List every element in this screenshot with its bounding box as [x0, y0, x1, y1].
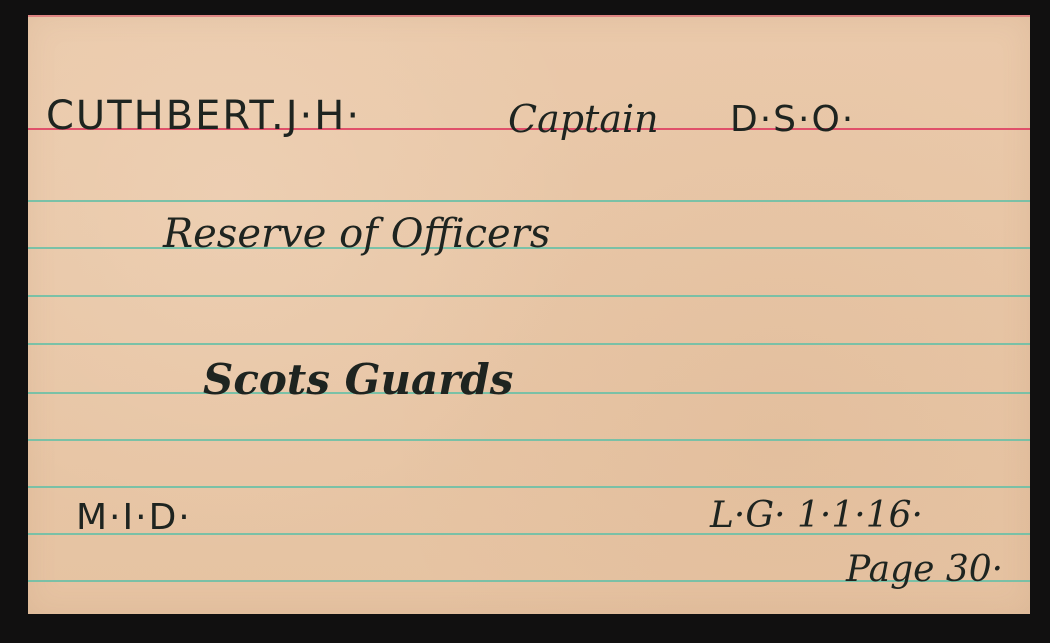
- ruled-line: [28, 343, 1030, 345]
- index-card: CUTHBERT.J·H· Captain D·S·O· Reserve of …: [28, 15, 1030, 614]
- rank: Captain: [508, 97, 659, 141]
- ruled-line: [28, 392, 1030, 394]
- unit-line-2: Scots Guards: [203, 355, 513, 404]
- card-top-edge: [28, 15, 1030, 17]
- unit-line-1: Reserve of Officers: [163, 211, 550, 257]
- header-name: CUTHBERT.J·H·: [46, 93, 361, 139]
- ruled-line: [28, 486, 1030, 488]
- gazette-reference: L·G· 1·1·16·: [710, 495, 923, 536]
- surname: CUTHBERT: [46, 93, 271, 139]
- award: M·I·D·: [76, 497, 192, 538]
- honour: D·S·O·: [730, 99, 855, 140]
- ruled-line: [28, 439, 1030, 441]
- ruled-line: [28, 200, 1030, 202]
- ruled-line: [28, 295, 1030, 297]
- initials: J·H·: [286, 93, 361, 139]
- gazette-page: Page 30·: [846, 549, 1003, 590]
